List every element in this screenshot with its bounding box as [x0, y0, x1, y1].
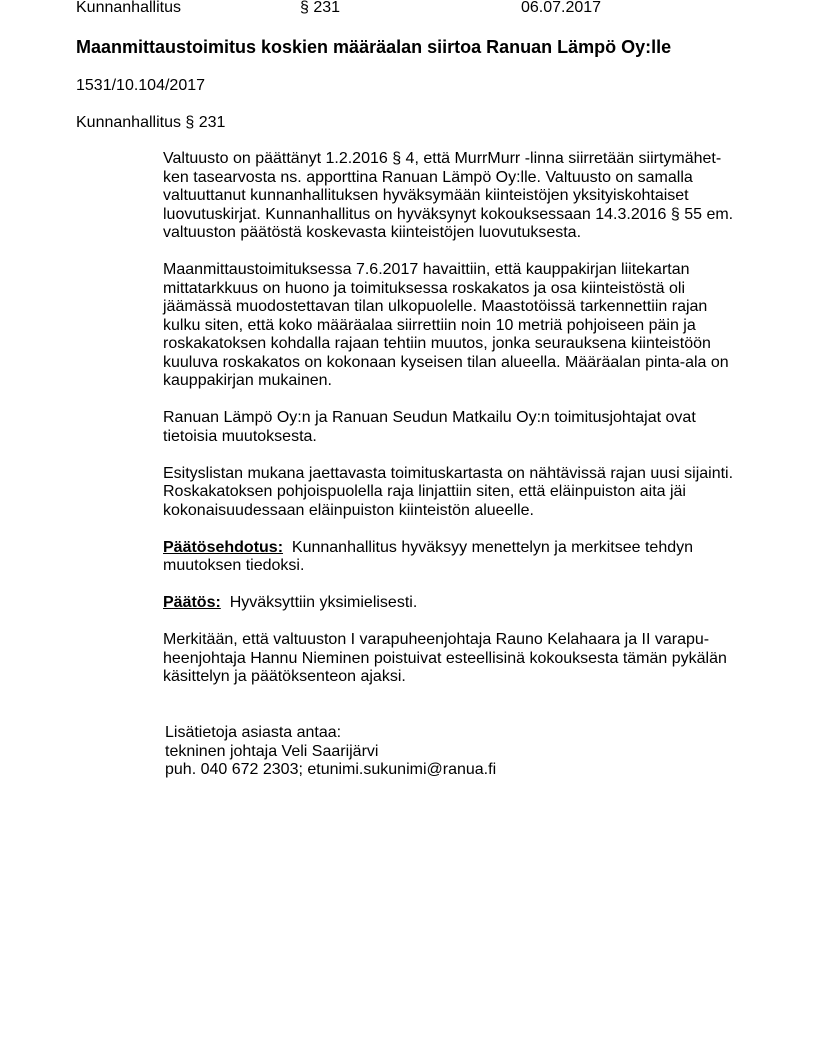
paragraph-notified: Ranuan Lämpö Oy:n ja Ranuan Seudun Matka… — [163, 409, 763, 446]
paragraph-background: Valtuusto on päättänyt 1.2.2016 § 4, ett… — [163, 150, 763, 243]
section-reference: Kunnanhallitus § 231 — [76, 113, 225, 133]
decision-text: Hyväksyttiin yksimielisesti. — [230, 594, 418, 611]
paragraph-survey: Maanmittaustoimituksessa 7.6.2017 havait… — [163, 261, 763, 391]
paragraph-recusal-note: Merkitään, että valtuuston I varapuheenj… — [163, 631, 763, 687]
document-body: Valtuusto on päättänyt 1.2.2016 § 4, ett… — [163, 150, 763, 705]
header-body-name: Kunnanhallitus — [76, 0, 181, 18]
header-section-number: § 231 — [300, 0, 340, 18]
paragraph-map: Esityslistan mukana jaettavasta toimitus… — [163, 465, 763, 521]
decision: Päätös: Hyväksyttiin yksimielisesti. — [163, 594, 763, 613]
contact-person: tekninen johtaja Veli Saarijärvi — [165, 743, 496, 762]
contact-info: Lisätietoja asiasta antaa: tekninen joht… — [165, 724, 496, 780]
document-header: Kunnanhallitus § 231 06.07.2017 — [76, 0, 776, 18]
decision-proposal: Päätösehdotus: Kunnanhallitus hyväksyy m… — [163, 539, 763, 576]
contact-intro: Lisätietoja asiasta antaa: — [165, 724, 496, 743]
contact-phone-email: puh. 040 672 2303; etunimi.sukunimi@ranu… — [165, 761, 496, 780]
proposal-label: Päätösehdotus: — [163, 539, 283, 556]
decision-label: Päätös: — [163, 594, 221, 611]
document-number: 1531/10.104/2017 — [76, 76, 205, 96]
header-date: 06.07.2017 — [521, 0, 601, 18]
document-title: Maanmittaustoimitus koskien määräalan si… — [76, 36, 671, 58]
